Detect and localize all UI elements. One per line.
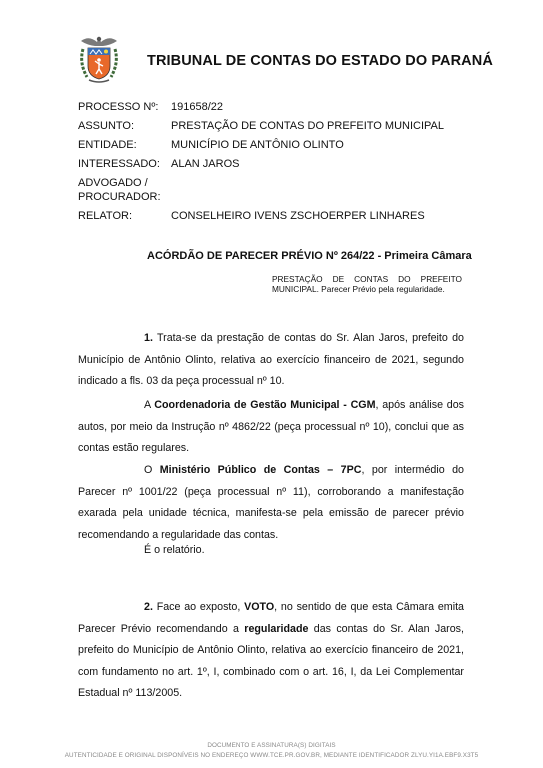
meta-label: ASSUNTO:: [78, 117, 171, 136]
paragraph-2-voto: 2. Face ao exposto, VOTO, no sentido de …: [78, 597, 464, 705]
paragraph-text: É o relatório.: [144, 544, 205, 556]
paragraph-cgm: A Coordenadoria de Gestão Municipal - CG…: [78, 395, 464, 460]
meta-label: ENTIDADE:: [78, 136, 171, 155]
ementa-line2: MUNICIPAL. Parecer Prévio pela regularid…: [272, 284, 445, 294]
meta-value: CONSELHEIRO IVENS ZSCHOERPER LINHARES: [171, 207, 425, 226]
paragraph-text: Face ao exposto,: [153, 601, 244, 613]
paragraph-number: 2.: [144, 601, 153, 613]
paragraph-relatorio: É o relatório.: [78, 540, 464, 562]
paragraph-text-pre: A: [144, 399, 154, 411]
meta-label: PROCESSO Nº:: [78, 98, 171, 117]
paragraph-mpc: O Ministério Público de Contas – 7PC, po…: [78, 460, 464, 546]
meta-row-assunto: ASSUNTO: PRESTAÇÃO DE CONTAS DO PREFEITO…: [78, 117, 444, 136]
meta-label: ADVOGADO / PROCURADOR:: [78, 174, 171, 207]
meta-value: PRESTAÇÃO DE CONTAS DO PREFEITO MUNICIPA…: [171, 117, 444, 136]
meta-label-line2: PROCURADOR:: [78, 191, 161, 203]
paragraph-1: 1. Trata-se da prestação de contas do Sr…: [78, 328, 464, 393]
meta-label-line1: ADVOGADO /: [78, 177, 148, 189]
paragraph-bold-voto: VOTO: [244, 601, 274, 613]
process-metadata: PROCESSO Nº: 191658/22 ASSUNTO: PRESTAÇÃ…: [78, 98, 444, 226]
meta-row-interessado: INTERESSADO: ALAN JAROS: [78, 155, 444, 174]
footer-authenticity: AUTENTICIDADE E ORIGINAL DISPONÍVEIS NO …: [0, 752, 543, 759]
paragraph-bold-regularidade: regularidade: [244, 623, 308, 635]
ementa-line1: PRESTAÇÃO DE CONTAS DO PREFEITO: [272, 274, 462, 284]
paragraph-number: 1.: [144, 332, 153, 344]
paragraph-text-pre: O: [144, 464, 160, 476]
meta-value: ALAN JAROS: [171, 155, 239, 174]
meta-row-entidade: ENTIDADE: MUNICÍPIO DE ANTÔNIO OLINTO: [78, 136, 444, 155]
parana-coat-of-arms-icon: [77, 33, 121, 85]
meta-value: 191658/22: [171, 98, 223, 117]
meta-row-relator: RELATOR: CONSELHEIRO IVENS ZSCHOERPER LI…: [78, 207, 444, 226]
meta-value: MUNICÍPIO DE ANTÔNIO OLINTO: [171, 136, 344, 155]
paragraph-text: Trata-se da prestação de contas do Sr. A…: [78, 332, 464, 387]
meta-label: RELATOR:: [78, 207, 171, 226]
paragraph-bold: Ministério Público de Contas – 7PC: [160, 464, 362, 476]
meta-label: INTERESSADO:: [78, 155, 171, 174]
meta-row-processo: PROCESSO Nº: 191658/22: [78, 98, 444, 117]
acordao-title: ACÓRDÃO DE PARECER PRÉVIO Nº 264/22 - Pr…: [147, 250, 472, 262]
ementa: PRESTAÇÃO DE CONTAS DO PREFEITO MUNICIPA…: [272, 274, 462, 294]
footer-digital-doc: DOCUMENTO E ASSINATURA(S) DIGITAIS: [0, 742, 543, 749]
meta-row-advogado: ADVOGADO / PROCURADOR:: [78, 174, 444, 207]
paragraph-bold: Coordenadoria de Gestão Municipal - CGM: [154, 399, 375, 411]
org-title: TRIBUNAL DE CONTAS DO ESTADO DO PARANÁ: [147, 53, 493, 69]
